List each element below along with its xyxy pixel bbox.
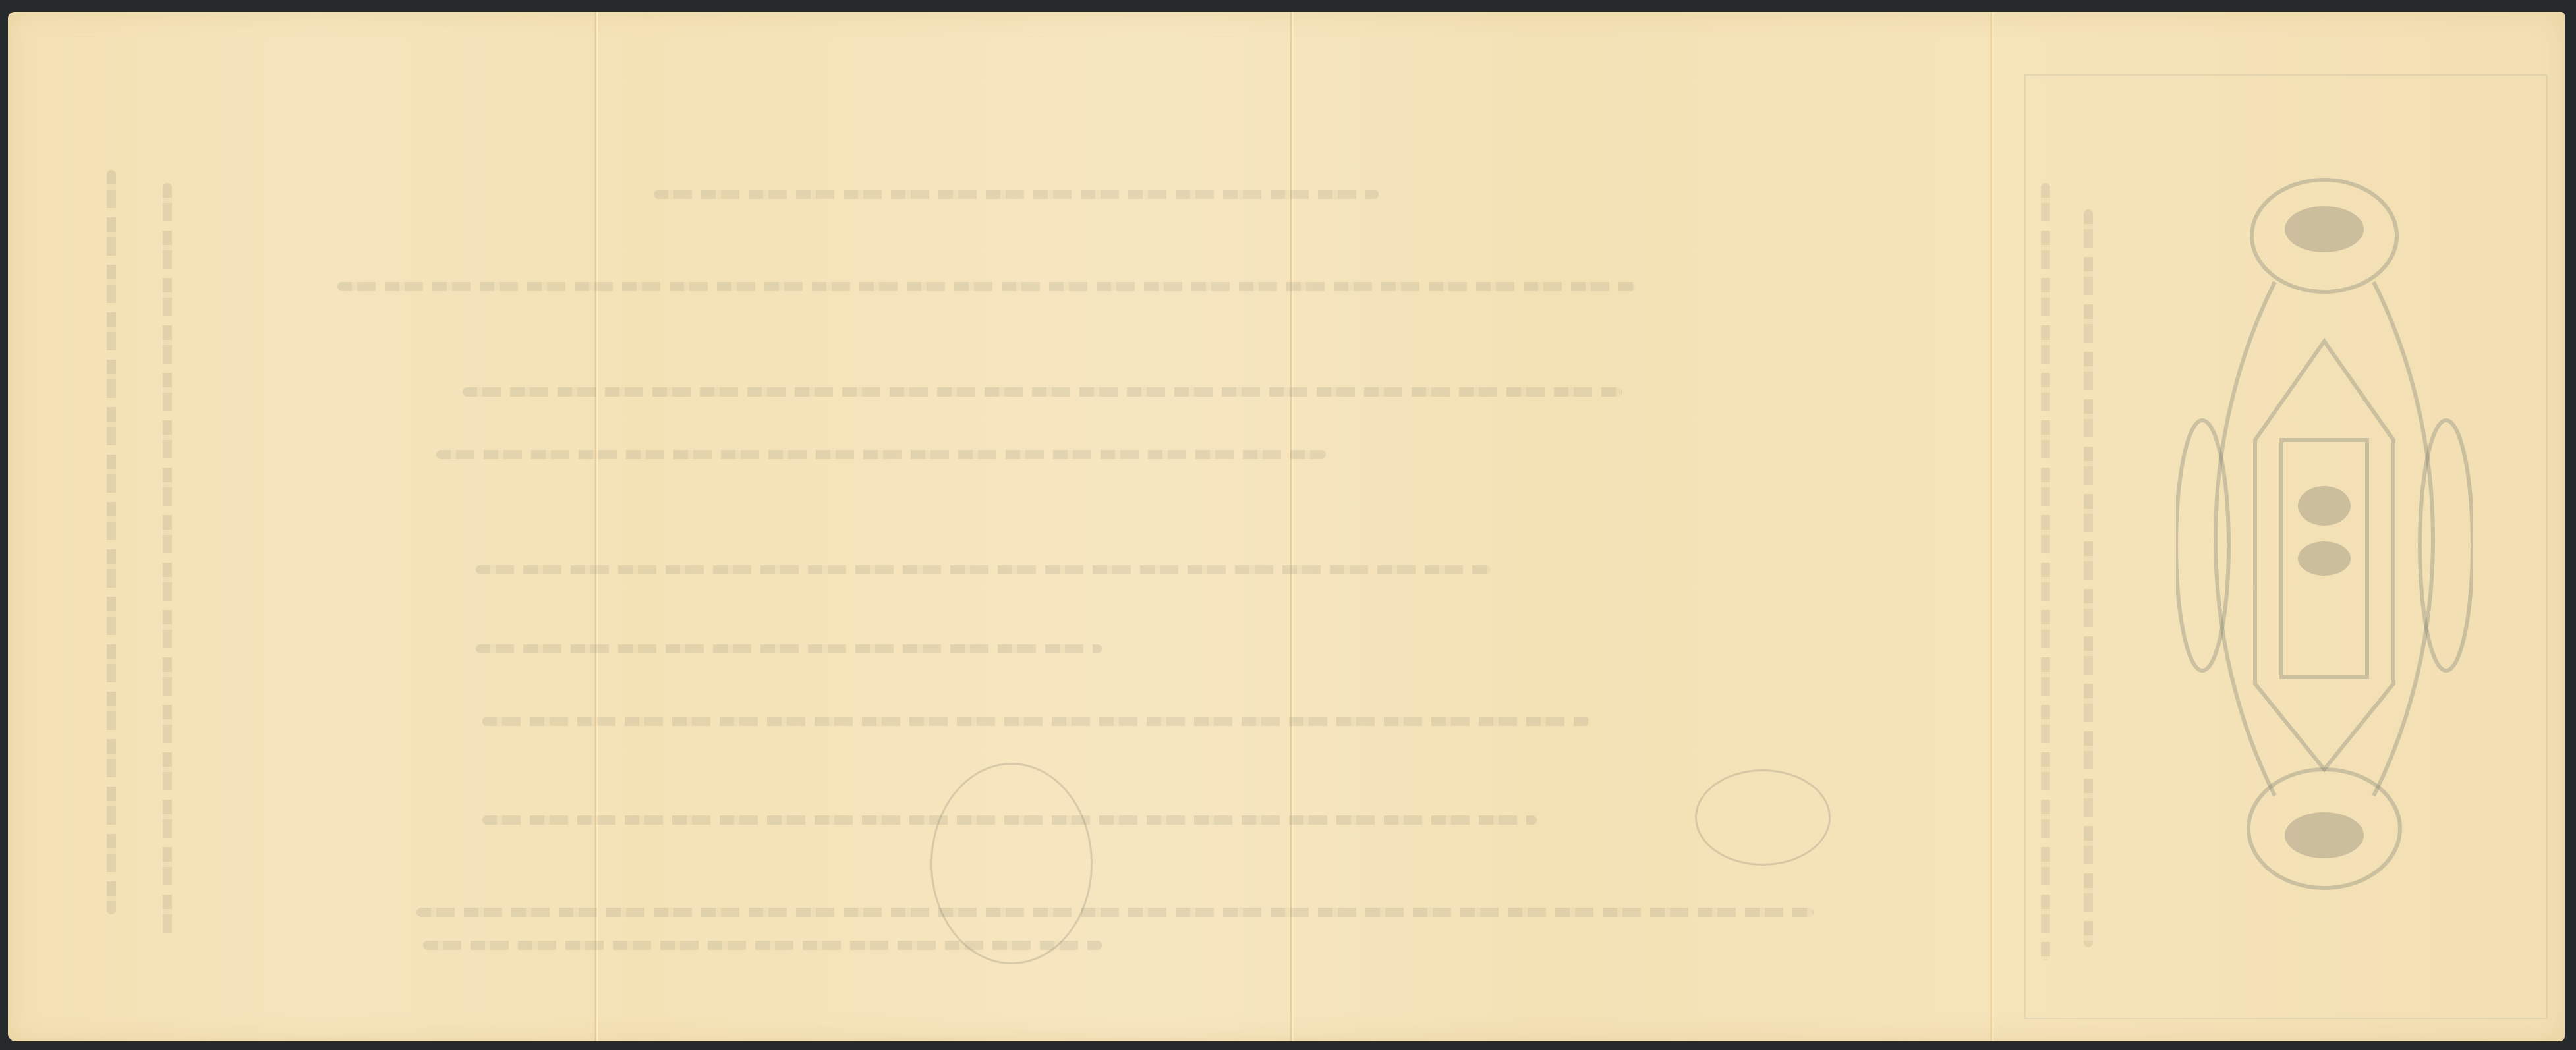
- fold-line-1: [594, 12, 598, 1041]
- fold-line-3: [1990, 12, 1994, 1041]
- oval-stamp-right: [1695, 769, 1831, 866]
- document-sheet: [8, 12, 2565, 1041]
- fold-line-2: [1290, 12, 1294, 1041]
- oval-stamp-left: [930, 763, 1093, 964]
- ornamental-emblem-icon: [2176, 163, 2473, 941]
